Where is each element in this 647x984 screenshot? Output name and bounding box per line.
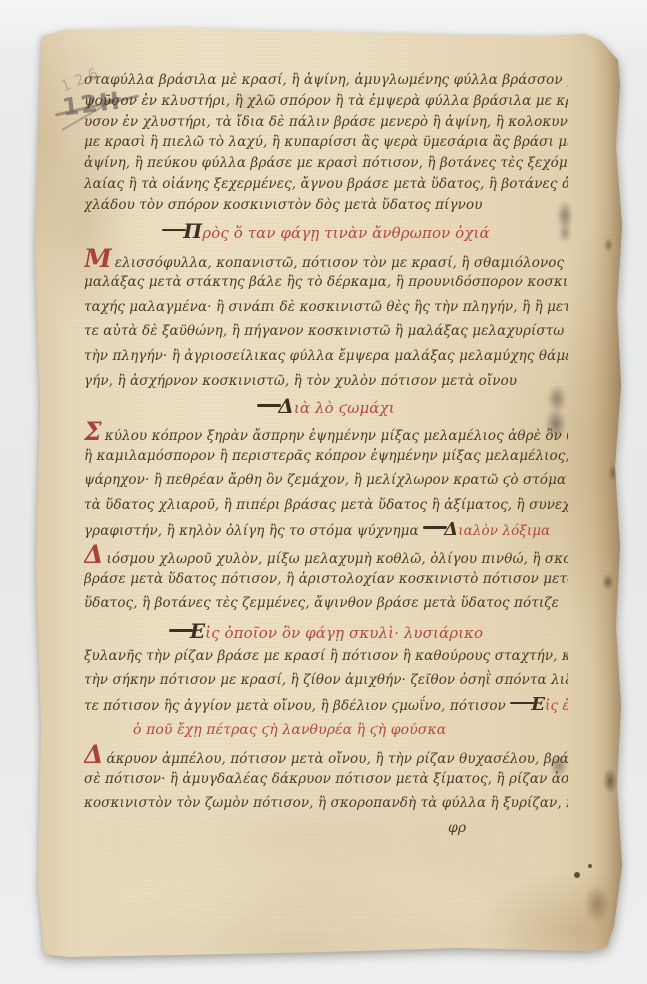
- drop-cap: Δ: [84, 542, 104, 567]
- text-line-text: ιόσμου χλωροῦ χυλὸν, μίξω μελαχυμὴ κοθλῶ…: [107, 551, 569, 567]
- text-line: ἀψίνη, ἢ πεύκου φύλλα βράσε με κρασὶ πότ…: [84, 153, 568, 174]
- remedy-paragraph: Σκύλου κόπρον ξηρὰν ἄσπρην ἐψημένην μίξα…: [84, 419, 568, 542]
- text-line: Μελισσόφυλλα, κοπανιστῶ, πότισον τὸν με …: [84, 246, 568, 271]
- remedy-paragraph: ξυλανῆς τὴν ρίζαν βράσε με κρασί ἢ πότισ…: [84, 644, 568, 718]
- rubric-initial: Ε: [510, 694, 545, 715]
- text-line: σὲ πότισον· ἢ ἀμυγδαλέας δάκρυον πότισον…: [84, 767, 568, 792]
- text-line: τὴν πληγήν· ἢ ἀγριοσείλικας φύλλα ἔμψερα…: [84, 344, 568, 369]
- rubric-heading: Πρὸς ὅ ταν φάγῃ τινὰν ἄνθρωπον ὀχιά: [84, 218, 568, 244]
- text-line: υσον ἐν χλυστήρι, τὰ ἴδια δὲ πάλιν βράσε…: [84, 112, 568, 133]
- text-line: ὕδατος, ἢ βοτάνες τὲς ζεμμένες, ἄψινθον …: [84, 591, 568, 616]
- text-line: ψοῦσον ἐν κλυστήρι, ἢ χλῶ σπόρον ἢ τὰ ἐμ…: [84, 91, 568, 112]
- corner-fold: [576, 32, 622, 76]
- rubric-heading-text: ιαλὸν λόξιμα: [458, 523, 550, 539]
- remedy-paragraph: Δάκρυον ἀμπέλου, πότισον μετὰ οἴνου, ἢ τ…: [84, 742, 568, 816]
- text-line: γραφιστήν, ἢ κηλὸν ὀλίγη ἢς το στόμα ψύχ…: [84, 518, 568, 543]
- text-line-text: κύλου κόπρον ξηρὰν ἄσπρην ἐψημένην μίξας…: [105, 428, 568, 444]
- text-line: τε αὐτὰ δὲ ξαϋθώνη, ἢ πήγανον κοσκινιστῶ…: [84, 319, 568, 344]
- text-line: βράσε μετὰ ὕδατος πότισον, ἢ ἀριστολοχία…: [84, 567, 568, 592]
- binding-edge: [594, 26, 624, 960]
- rubric-line: ὁ ποῦ ἔχῃ πέτρας ϛὴ λανθυρέα ἢ ϛὴ φούσκα: [84, 718, 568, 743]
- edge-stain: [588, 864, 592, 868]
- text-line-text: άκρυον ἀμπέλου, πότισον μετὰ οἴνου, ἢ τὴ…: [107, 751, 569, 767]
- rubric-heading-text: ἰς ἐκῆνον: [545, 698, 568, 714]
- edge-stain: [608, 464, 618, 482]
- text-line: Δάκρυον ἀμπέλου, πότισον μετὰ οἴνου, ἢ τ…: [84, 742, 568, 767]
- rubric-initial: Ε: [169, 619, 205, 643]
- text-line: Σκύλου κόπρον ξηρὰν ἄσπρην ἐψημένην μίξα…: [84, 419, 568, 444]
- catchword: φρ: [448, 820, 568, 836]
- rubric-initial: Δ: [257, 394, 294, 418]
- rubric-initial: Π: [162, 219, 202, 243]
- drop-cap: Μ: [84, 246, 112, 271]
- text-line: ψάρηχον· ἢ πεθρέαν ἄρθη ὂν ζεμάχον, ἢ με…: [84, 468, 568, 493]
- text-line: ταχής μαλαγμένα· ἢ σινάπι δὲ κοσκινιστῶ …: [84, 295, 568, 320]
- text-line: τὰ ὕδατος χλιαροῦ, ἢ πιπέρι βράσας μετὰ …: [84, 493, 568, 518]
- text-line: ἢ καμιλαμόσπορον ἢ περιστερᾶς κόπρον ἐψη…: [84, 444, 568, 469]
- rubric-heading: Διὰ λὸ ϛωμάχι: [84, 393, 568, 419]
- rubric-heading-text: ιὰ λὸ ϛωμάχι: [294, 399, 395, 417]
- remedy-paragraph: Μελισσόφυλλα, κοπανιστῶ, πότισον τὸν με …: [84, 246, 568, 394]
- rubric-heading-text: ἰς ὁποῖον ὂν φάγῃ σκυλὶ· λυσιάρικο: [205, 624, 483, 642]
- rubric-heading-text: ρὸς ὅ ταν φάγῃ τινὰν ἄνθρωπον ὀχιά: [202, 224, 489, 242]
- text-block: σταφύλλα βράσιλα μὲ κρασί, ἢ ἀψίνη, ἀμυγ…: [84, 70, 568, 836]
- text-line: ξυλανῆς τὴν ρίζαν βράσε με κρασί ἢ πότισ…: [84, 644, 568, 669]
- text-line-text: ελισσόφυλλα, κοπανιστῶ, πότισον τὸν με κ…: [115, 255, 568, 271]
- edge-stain: [604, 238, 613, 252]
- edge-stain: [574, 872, 580, 878]
- remedy-paragraph: σταφύλλα βράσιλα μὲ κρασί, ἢ ἀψίνη, ἀμυγ…: [84, 70, 568, 216]
- edge-stain: [584, 884, 610, 924]
- text-line: με κρασὶ ἢ πιελῶ τὸ λαχύ, ἢ κυπαρίσσι ἂς…: [84, 132, 568, 153]
- manuscript-page: 126 12H σταφύλλα βράσιλα μὲ κρασί, ἢ ἀψί…: [28, 26, 624, 960]
- text-line: λαίας ἢ τὰ οἰάνης ξεχερμένες, ἄγνου βράσ…: [84, 174, 568, 195]
- edge-stain: [602, 574, 614, 590]
- rubric-initial: Δ: [423, 519, 458, 540]
- text-line-text: τε πότισον ἢς ἀγγίον μετὰ οἴνου, ἢ βδέλι…: [84, 698, 506, 714]
- text-line-text: γραφιστήν, ἢ κηλὸν ὀλίγη ἢς το στόμα ψύχ…: [84, 523, 419, 539]
- text-line: σταφύλλα βράσιλα μὲ κρασί, ἢ ἀψίνη, ἀμυγ…: [84, 70, 568, 91]
- text-line: κοσκινιστὸν τὸν ζωμὸν πότισον, ἢ σκοροπα…: [84, 791, 568, 816]
- remedy-paragraph: Διόσμου χλωροῦ χυλὸν, μίξω μελαχυμὴ κοθλ…: [84, 542, 568, 616]
- text-line: γήν, ἢ ἀσχήρνον κοσκινιστῶ, ἢ τὸν χυλὸν …: [84, 369, 568, 394]
- drop-cap: Σ: [84, 419, 102, 444]
- text-line: μαλάξας μετὰ στάκτης βάλε ἢς τὸ δέρκαμα,…: [84, 270, 568, 295]
- text-line: Διόσμου χλωροῦ χυλὸν, μίξω μελαχυμὴ κοθλ…: [84, 542, 568, 567]
- rubric-heading: Εἰς ὁποῖον ὂν φάγῃ σκυλὶ· λυσιάρικο: [84, 618, 568, 644]
- edge-stain: [603, 768, 617, 794]
- text-line: χλάδου τὸν σπόρον κοσκινιστὸν δὸς μετὰ ὕ…: [84, 195, 568, 216]
- scanned-manuscript-photo: 126 12H σταφύλλα βράσιλα μὲ κρασί, ἢ ἀψί…: [0, 0, 647, 984]
- text-line: τε πότισον ἢς ἀγγίον μετὰ οἴνου, ἢ βδέλι…: [84, 693, 568, 718]
- text-line: τὴν σήκην πότισον με κρασί, ἢ ζίθον ἀμιχ…: [84, 668, 568, 693]
- page-shadow: 126 12H σταφύλλα βράσιλα μὲ κρασί, ἢ ἀψί…: [0, 0, 647, 984]
- drop-cap: Δ: [84, 742, 104, 767]
